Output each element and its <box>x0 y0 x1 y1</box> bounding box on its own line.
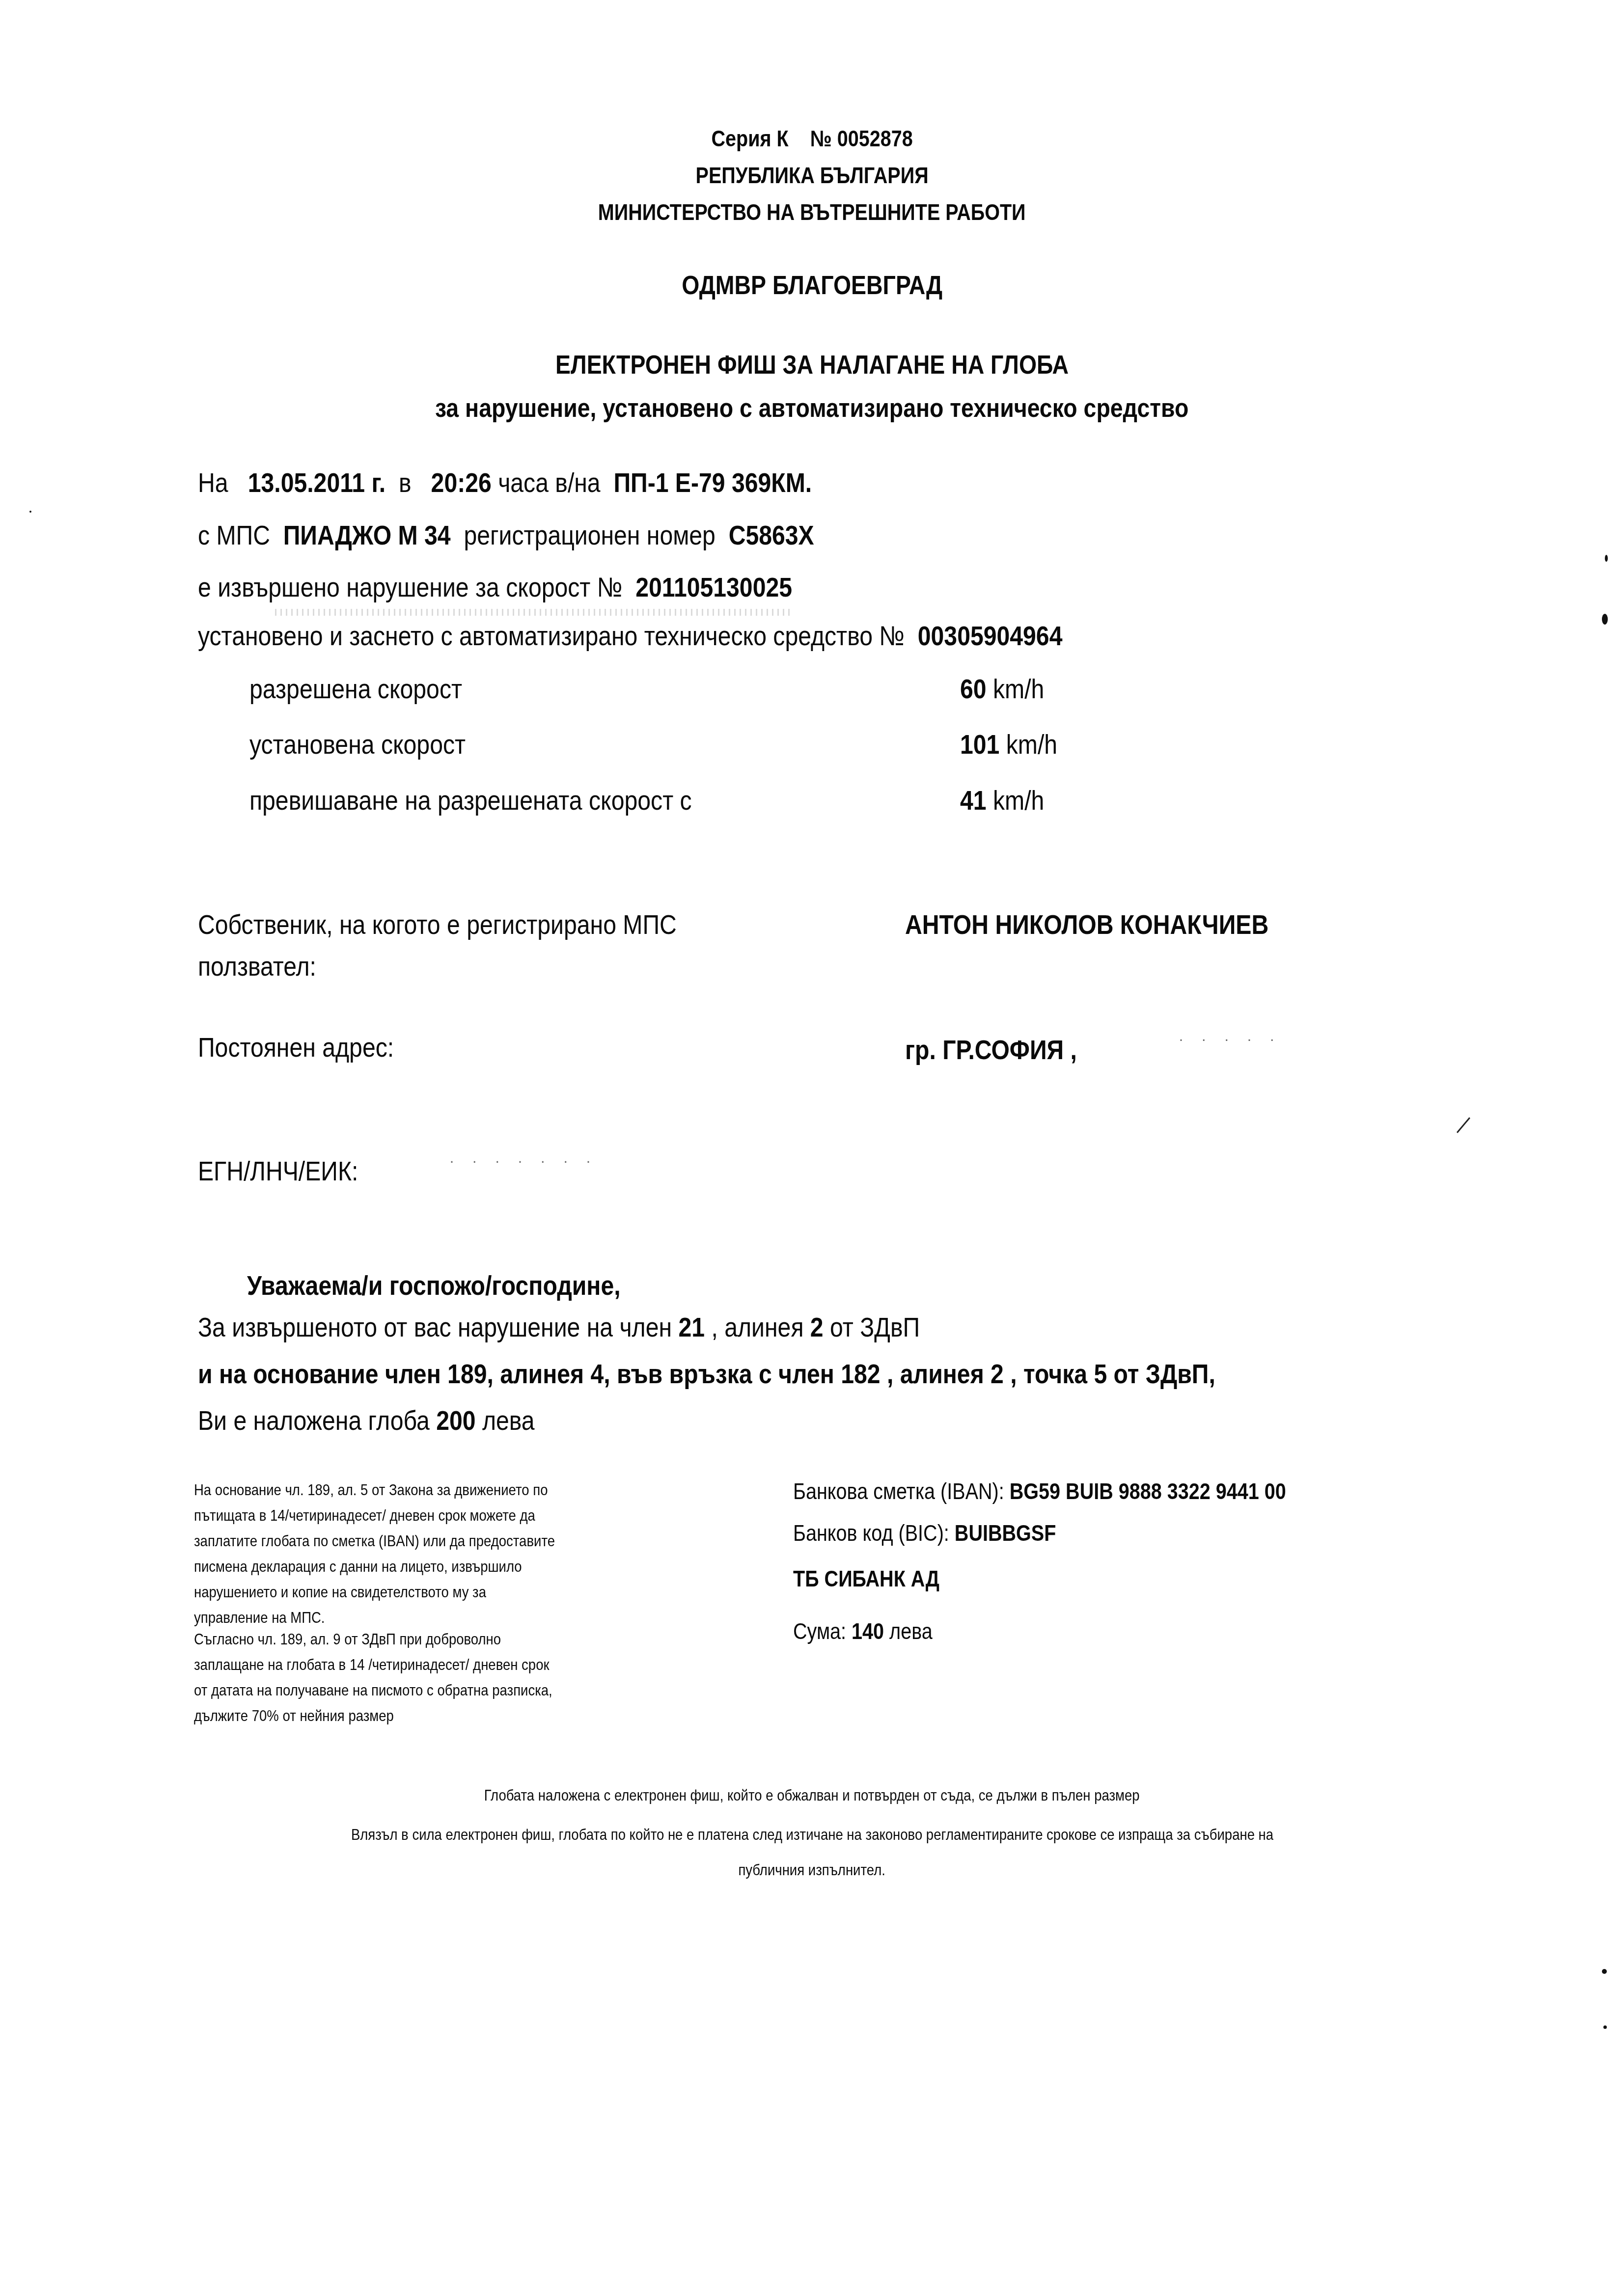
iban-line: Банкова сметка (IBAN): BG59 BUIB 9888 33… <box>793 1478 1366 1504</box>
vehicle-label: с МПС <box>198 519 270 550</box>
amount-label: Сума: <box>793 1618 846 1644</box>
footer-line-3: публичния изпълнител. <box>0 1861 1624 1879</box>
iban-value: BG59 BUIB 9888 3322 9441 00 <box>1010 1478 1286 1504</box>
ministry-heading: МИНИСТЕРСТВО НА ВЪТРЕШНИТЕ РАБОТИ <box>0 199 1624 225</box>
footer-line-1: Глобата наложена с електронен фиш, който… <box>0 1786 1624 1804</box>
reg-label: регистрационен номер <box>464 519 715 550</box>
legal-note-line: писмена декларация с данни на лицето, из… <box>194 1554 555 1579</box>
scan-noise <box>275 609 791 616</box>
reg-number: С5863Х <box>729 519 814 550</box>
violation-location: ПП-1 Е-79 369КМ. <box>613 467 812 498</box>
document-subtitle: за нарушение, установено с автоматизиран… <box>0 393 1624 423</box>
speed-value-allowed: 60 km/h <box>960 673 1058 705</box>
violation-number-line: е извършено нарушение за скорост № 20110… <box>198 571 889 603</box>
user-label: ползвател: <box>198 950 335 982</box>
bic-value: BUIBBGSF <box>955 1520 1056 1546</box>
id-label: ЕГН/ЛНЧ/ЕИК: <box>198 1155 385 1187</box>
violation-date: 13.05.2011 г. <box>248 467 385 498</box>
violation-number: 201105130025 <box>635 572 792 602</box>
series-number: № 0052878 <box>810 126 913 151</box>
republic-heading: РЕПУБЛИКА БЪЛГАРИЯ <box>0 162 1624 189</box>
notice-line-2: и на основание член 189, алинея 4, във в… <box>198 1358 1381 1390</box>
scan-speck <box>29 511 31 513</box>
legal-note-line: заплатите глобата по сметка (IBAN) или д… <box>194 1528 555 1554</box>
amount-unit: лева <box>889 1618 933 1644</box>
vehicle-model: ПИАДЖО М 34 <box>283 519 451 550</box>
footer-line-2: Влязъл в сила електронен фиш, глобата по… <box>0 1826 1624 1844</box>
speed-row-measured: установена скорост <box>249 728 501 760</box>
greeting: Уважаема/и госпожо/господине, <box>247 1269 681 1301</box>
legal-note-line: пътищата в 14/четиринадесет/ дневен срок… <box>194 1503 555 1528</box>
amount-line: Сума: 140 лева <box>793 1618 955 1644</box>
speed-label: превишаване на разрешената скорост с <box>249 784 692 816</box>
speed-row-allowed: разрешена скорост <box>249 673 497 705</box>
legal-note-line: дължите 70% от нейния размер <box>194 1703 555 1728</box>
bic-line: Банков код (BIC): BUIBBGSF <box>793 1520 1099 1546</box>
speed-value-measured: 101 km/h <box>960 728 1073 760</box>
iban-label: Банкова сметка (IBAN): <box>793 1478 1004 1504</box>
bank-name: ТБ СИБАНК АД <box>793 1565 963 1592</box>
legal-note: На основание чл. 189, ал. 5 от Закона за… <box>194 1477 614 1728</box>
owner-label: Собственик, на когото е регистрирано МПС <box>198 908 755 940</box>
violation-label: е извършено нарушение за скорост № <box>198 572 622 602</box>
scan-speck <box>1602 1969 1607 1974</box>
redacted-id: · · · · · · · <box>449 1153 598 1170</box>
scan-speck <box>1603 2025 1607 2029</box>
document-title: ЕЛЕКТРОНЕН ФИШ ЗА НАЛАГАНЕ НА ГЛОБА <box>0 350 1624 380</box>
series-label: Серия К <box>711 126 788 151</box>
notice-line-1: За извършеното от вас нарушение на член … <box>198 1311 1037 1343</box>
address-label: Постоянен адрес: <box>198 1031 426 1063</box>
violation-date-line: На 13.05.2011 г. в 20:26 часа в/на ПП-1 … <box>198 466 912 498</box>
bic-label: Банков код (BIC): <box>793 1520 949 1546</box>
speed-label: разрешена скорост <box>249 673 462 705</box>
directorate-heading: ОДМВР БЛАГОЕВГРАД <box>0 270 1624 301</box>
speed-value-excess: 41 km/h <box>960 784 1058 816</box>
legal-note-line: Съгласно чл. 189, ал. 9 от ЗДвП при добр… <box>194 1626 555 1652</box>
speed-row-excess: превишаване на разрешената скорост с <box>249 784 764 816</box>
legal-note-line: заплащане на глобата в 14 /четиринадесет… <box>194 1652 555 1677</box>
legal-note-line: от датата на получаване на писмото с обр… <box>194 1677 555 1703</box>
scan-mark <box>1457 1117 1470 1133</box>
redacted-address: · · · · · <box>1179 1031 1281 1048</box>
on-label: На <box>198 467 228 498</box>
owner-name: АНТОН НИКОЛОВ КОНАКЧИЕВ <box>905 908 1328 940</box>
hours-at-label: часа в/на <box>498 467 600 498</box>
device-line: установено и заснето с автоматизирано те… <box>198 620 1203 652</box>
at-label: в <box>399 467 412 498</box>
address-value: гр. ГР.СОФИЯ , <box>905 1034 1105 1066</box>
scan-speck <box>1602 614 1608 625</box>
device-number: 00305904964 <box>918 620 1063 651</box>
legal-note-line: нарушението и копие на свидетелството му… <box>194 1579 555 1605</box>
scan-speck <box>1605 555 1608 562</box>
violation-time: 20:26 <box>431 467 492 498</box>
device-label: установено и заснето с автоматизирано те… <box>198 620 905 651</box>
series-line: Серия К № 0052878 <box>0 125 1624 152</box>
speed-label: установена скорост <box>249 728 466 760</box>
legal-note-line: На основание чл. 189, ал. 5 от Закона за… <box>194 1477 555 1503</box>
notice-line-3: Ви е наложена глоба 200 лева <box>198 1404 589 1436</box>
amount-value: 140 <box>852 1618 884 1644</box>
vehicle-line: с МПС ПИАДЖО М 34 регистрационен номер С… <box>198 519 914 551</box>
